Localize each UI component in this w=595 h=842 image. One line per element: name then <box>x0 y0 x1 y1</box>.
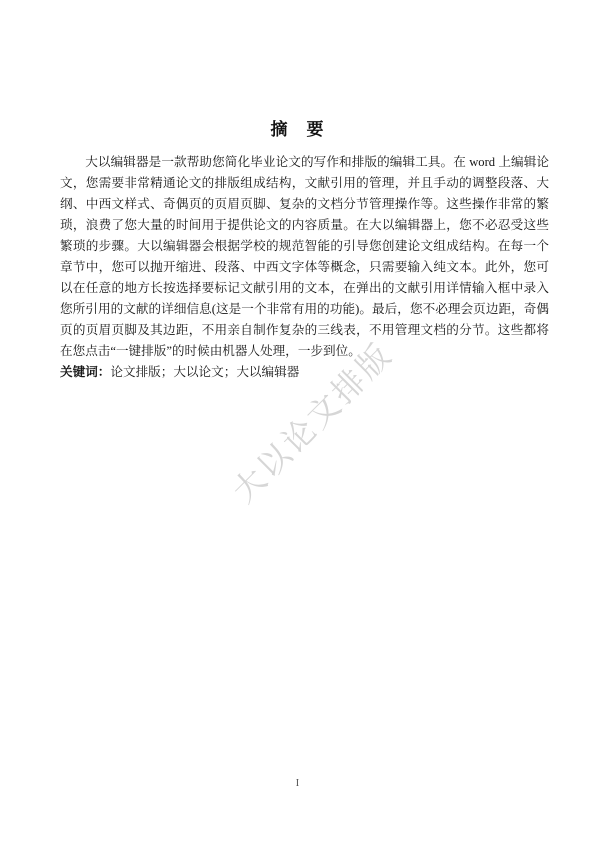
keywords-label: 关键词： <box>60 365 110 379</box>
keywords-text: 论文排版；大以论文；大以编辑器 <box>110 365 299 379</box>
abstract-title: 摘 要 <box>0 115 595 140</box>
keywords-line: 关键词：论文排版；大以论文；大以编辑器 <box>60 362 549 383</box>
page-number: I <box>0 777 595 789</box>
document-page: 大以论文排版 摘 要 大以编辑器是一款帮助您简化毕业论文的写作和排版的编辑工具。… <box>0 0 595 842</box>
abstract-body: 大以编辑器是一款帮助您简化毕业论文的写作和排版的编辑工具。在 word 上编辑论… <box>60 152 549 383</box>
abstract-paragraph: 大以编辑器是一款帮助您简化毕业论文的写作和排版的编辑工具。在 word 上编辑论… <box>60 152 549 362</box>
